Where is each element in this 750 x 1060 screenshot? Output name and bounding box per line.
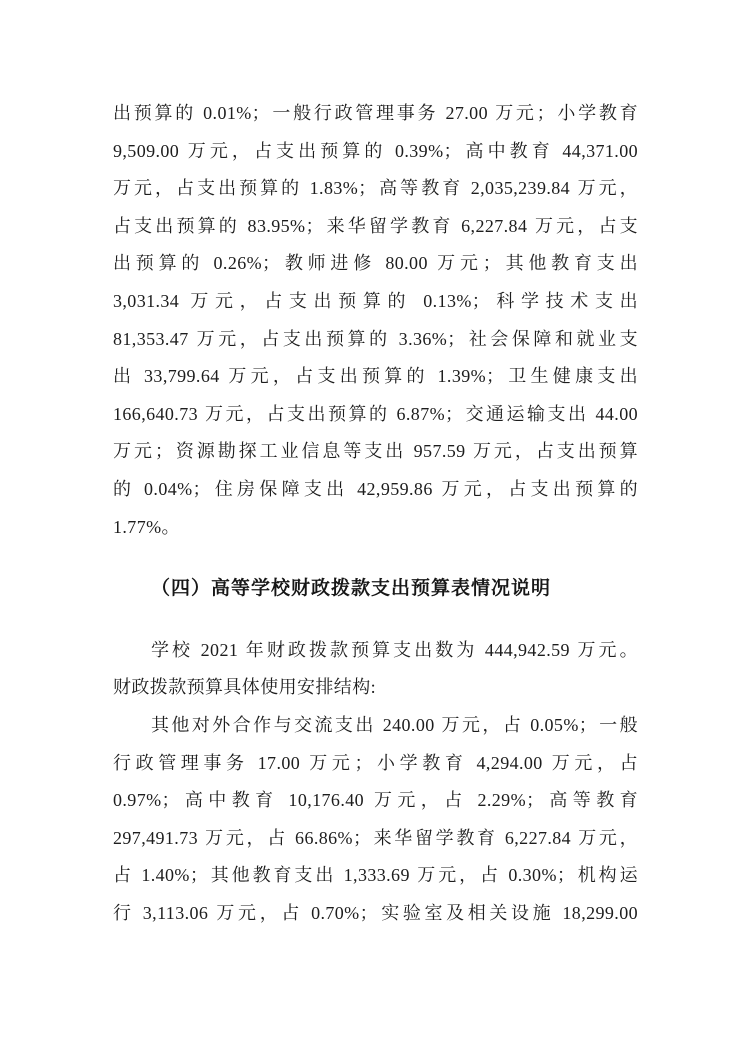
text-line: 占支出预算的 83.95%；来华留学教育 6,227.84 万元，占支	[113, 208, 638, 246]
document-page: 出预算的 0.01%；一般行政管理事务 27.00 万元；小学教育 9,509.…	[0, 0, 750, 1060]
text-line: 166,640.73 万元，占支出预算的 6.87%；交通运输支出 44.00	[113, 396, 638, 434]
text-line: 0.97%；高中教育 10,176.40 万元，占 2.29%；高等教育	[113, 782, 638, 820]
text-line: 行政管理事务 17.00 万元；小学教育 4,294.00 万元，占	[113, 745, 638, 783]
page-content: 出预算的 0.01%；一般行政管理事务 27.00 万元；小学教育 9,509.…	[113, 95, 638, 932]
text-line: 的 0.04%；住房保障支出 42,959.86 万元，占支出预算的	[113, 471, 638, 509]
text-line: 9,509.00 万元，占支出预算的 0.39%；高中教育 44,371.00	[113, 133, 638, 171]
paragraph-intro: 学校 2021 年财政拨款预算支出数为 444,942.59 万元。 财政拨款预…	[113, 632, 638, 707]
text-line: 财政拨款预算具体使用安排结构:	[113, 669, 638, 707]
text-line: 万元；资源勘探工业信息等支出 957.59 万元，占支出预算	[113, 433, 638, 471]
text-line: 出 33,799.64 万元，占支出预算的 1.39%；卫生健康支出	[113, 358, 638, 396]
text-line: 81,353.47 万元，占支出预算的 3.36%；社会保障和就业支	[113, 321, 638, 359]
text-line: 万元，占支出预算的 1.83%；高等教育 2,035,239.84 万元，	[113, 170, 638, 208]
text-line: 1.77%。	[113, 509, 638, 547]
text-line: 出预算的 0.01%；一般行政管理事务 27.00 万元；小学教育	[113, 95, 638, 133]
paragraph-expenditure-budget-continued: 出预算的 0.01%；一般行政管理事务 27.00 万元；小学教育 9,509.…	[113, 95, 638, 546]
text-line: 其他对外合作与交流支出 240.00 万元，占 0.05%；一般	[113, 707, 638, 745]
text-line: 297,491.73 万元，占 66.86%；来华留学教育 6,227.84 万…	[113, 820, 638, 858]
text-line: 行 3,113.06 万元，占 0.70%；实验室及相关设施 18,299.00	[113, 895, 638, 933]
text-line: 出预算的 0.26%；教师进修 80.00 万元；其他教育支出	[113, 245, 638, 283]
text-line: 3,031.34 万元，占支出预算的 0.13%；科学技术支出	[113, 283, 638, 321]
paragraph-detail-breakdown: 其他对外合作与交流支出 240.00 万元，占 0.05%；一般 行政管理事务 …	[113, 707, 638, 933]
section-heading: （四）高等学校财政拨款支出预算表情况说明	[113, 570, 638, 608]
text-line: 学校 2021 年财政拨款预算支出数为 444,942.59 万元。	[113, 632, 638, 670]
text-line: 占 1.40%；其他教育支出 1,333.69 万元，占 0.30%；机构运	[113, 857, 638, 895]
